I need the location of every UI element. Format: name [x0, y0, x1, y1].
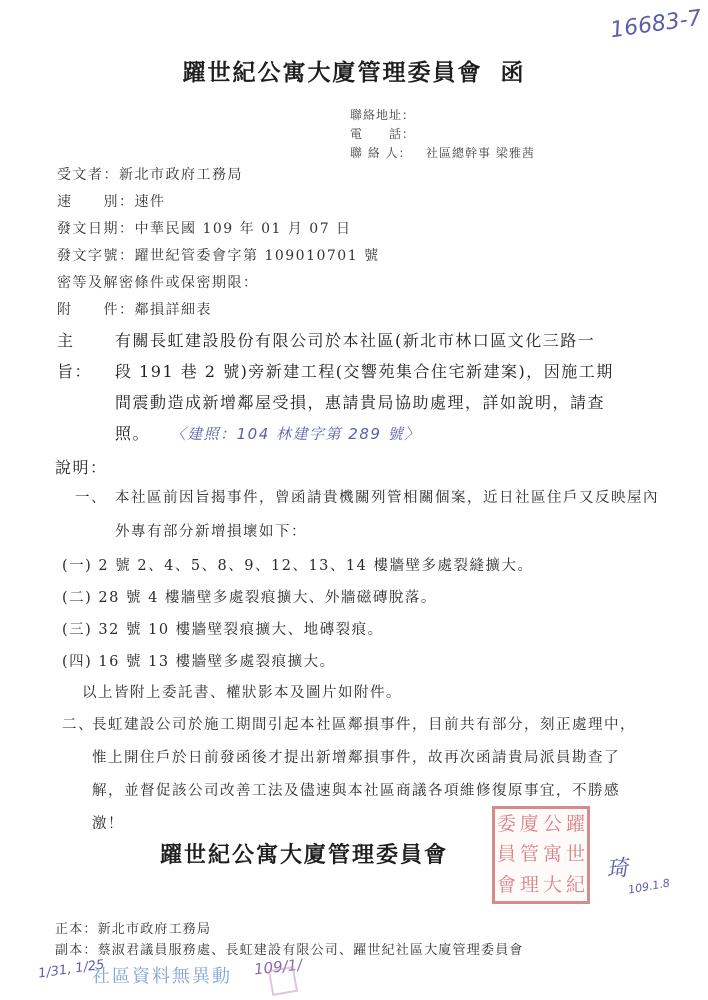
item-2-line-2: 惟上開住戶於日前發函後才提出新增鄰損事件，故再次函請貴局派員勘查了: [92, 746, 620, 767]
item-1-prefix: 一、: [75, 486, 107, 507]
copy-label: 副本：: [55, 943, 98, 958]
item-1-line-1: 本社區前因旨揭事件，曾函請貴機關列管相關個案，近日社區住戶又反映屋內: [115, 486, 659, 507]
contact-person: 聯 絡 人：社區總幹事 梁雅茜: [350, 144, 535, 161]
damage-item-1: (一) 2 號 2、4、5、8、9、12、13、14 樓牆壁多處裂縫擴大。: [62, 554, 533, 575]
contact-phone-label: 電 話：: [350, 125, 426, 142]
damage-item-4: (四) 16 號 13 樓牆壁多處裂痕擴大。: [62, 650, 336, 671]
handwritten-date-near-seal: 109.1.8: [627, 876, 671, 896]
signature-org-name: 躍世紀公寓大廈管理委員會: [160, 838, 448, 869]
handwritten-initial: 琦: [604, 851, 629, 884]
document-title: 躍世紀公寓大廈管理委員會函: [0, 54, 708, 87]
copy-value: 蔡淑君議員服務處、長虹建設有限公司、躍世紀社區大廈管理委員會: [98, 943, 524, 958]
handwritten-reference-number: 16683-7: [609, 6, 704, 44]
contact-person-label: 聯 絡 人：: [350, 144, 426, 161]
item-1-line-2: 外專有部分新增損壞如下：: [115, 520, 307, 541]
contact-person-value: 社區總幹事 梁雅茜: [426, 146, 535, 160]
item-2-line-1: 長虹建設公司於施工期間引起本社區鄰損事件，目前共有部分，刻正處理中，: [92, 713, 636, 734]
no-change-stamp: 社區資料無異動: [92, 962, 232, 988]
contact-phone: 電 話：: [350, 125, 426, 142]
handwritten-permit-note: 〈建照：104 林建字第 289 號〉: [171, 425, 421, 443]
attachment-note: 以上皆附上委託書、權狀影本及圖片如附件。: [82, 681, 402, 702]
meta-recipient: 受文者：新北市政府工務局: [57, 164, 243, 184]
copy-recipients: 副本：蔡淑君議員服務處、長虹建設有限公司、躍世紀社區大廈管理委員會: [55, 939, 524, 958]
item-2-line-3: 解，並督促該公司改善工法及儘速與本社區商議各項維修復原事宜，不勝感: [92, 779, 620, 800]
contact-address-label: 聯絡地址：: [350, 106, 426, 123]
meta-issue-date: 發文日期：中華民國 109 年 01 月 07 日: [57, 218, 352, 238]
meta-speed: 速 別：速件: [57, 191, 166, 211]
contact-address: 聯絡地址：: [350, 106, 426, 123]
purple-seal-mark: [268, 966, 298, 996]
document-type: 函: [501, 59, 526, 86]
item-2-prefix: 二、: [62, 713, 94, 734]
damage-item-3: (三) 32 號 10 樓牆壁裂痕擴大、地磚裂痕。: [62, 618, 384, 639]
meta-attachment: 附 件：鄰損詳細表: [57, 299, 212, 319]
original-label: 正本：: [55, 922, 98, 937]
original-recipient: 正本：新北市政府工務局: [55, 918, 211, 937]
subject-label: 主旨：: [57, 325, 92, 387]
damage-item-2: (二) 28 號 4 樓牆壁多處裂痕擴大、外牆磁磚脫落。: [62, 586, 437, 607]
subject-body: 有關長虹建設股份有限公司於本社區(新北市林口區文化三路一 段 191 巷 2 號…: [115, 325, 680, 450]
meta-classification: 密等及解密條件或保密期限：: [57, 272, 259, 292]
explanation-label: 說明：: [55, 455, 108, 478]
issuer-name: 躍世紀公寓大廈管理委員會: [183, 59, 483, 86]
official-seal: 委 廈 公 躍 員 管 寓 世 會 理 大 紀: [492, 806, 590, 904]
meta-document-number: 發文字號：躍世紀管委會字第 109010701 號: [57, 245, 380, 265]
item-2-line-4: 激！: [92, 812, 124, 833]
original-value: 新北市政府工務局: [98, 922, 212, 937]
